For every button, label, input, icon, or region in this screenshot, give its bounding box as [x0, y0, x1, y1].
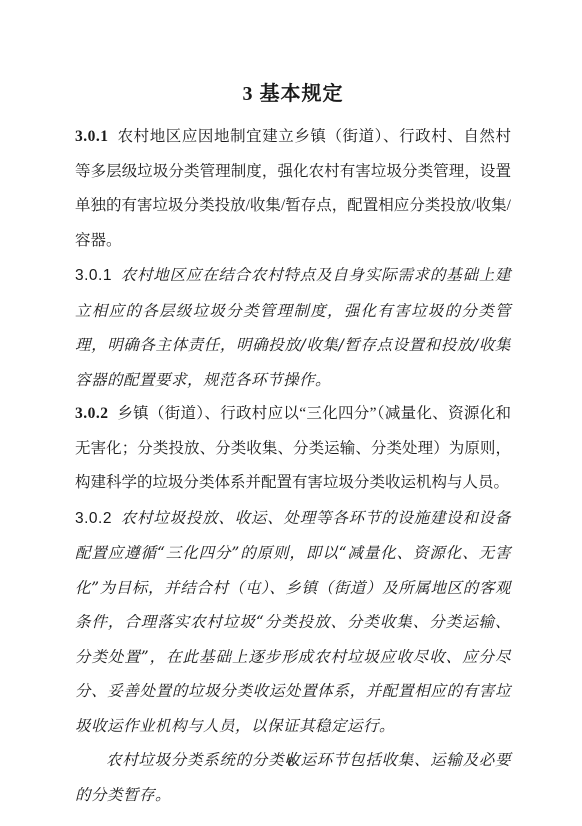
commentary-text: 农村垃圾投放、收运、处理等各环节的设施建设和设备配置应遵循“三化四分”的原则，即… — [75, 509, 511, 735]
commentary-number: 3.0.2 — [75, 510, 112, 527]
page-number: 8 — [0, 755, 582, 771]
commentary-continuation: 农村垃圾分类系统的分类收运环节包括收集、运输及必要的分类暂存。 — [75, 743, 511, 812]
clause-text: 农村地区应因地制宜建立乡镇（街道）、行政村、自然村等多层级垃圾分类管理制度，强化… — [75, 128, 511, 249]
commentary-text: 农村地区应在结合农村特点及自身实际需求的基础上建立相应的各层级垃圾分类管理制度，… — [75, 266, 511, 389]
section-title: 3 基本规定 — [75, 80, 511, 108]
document-page: 3 基本规定 3.0.1农村地区应因地制宜建立乡镇（街道）、行政村、自然村等多层… — [0, 0, 582, 826]
commentary-number: 3.0.1 — [75, 267, 112, 284]
commentary-3-0-2: 3.0.2农村垃圾投放、收运、处理等各环节的设施建设和设备配置应遵循“三化四分”… — [75, 501, 511, 744]
clause-3-0-2: 3.0.2乡镇（街道）、行政村应以“三化四分”（减量化、资源化和无害化；分类投放… — [75, 397, 511, 501]
clause-number: 3.0.2 — [75, 405, 109, 422]
clause-3-0-1: 3.0.1农村地区应因地制宜建立乡镇（街道）、行政村、自然村等多层级垃圾分类管理… — [75, 120, 511, 258]
clause-text: 乡镇（街道）、行政村应以“三化四分”（减量化、资源化和无害化；分类投放、分类收集… — [75, 405, 511, 491]
page-content: 3 基本规定 3.0.1农村地区应因地制宜建立乡镇（街道）、行政村、自然村等多层… — [75, 80, 511, 812]
commentary-3-0-1: 3.0.1农村地区应在结合农村特点及自身实际需求的基础上建立相应的各层级垃圾分类… — [75, 258, 511, 397]
clause-number: 3.0.1 — [75, 128, 109, 145]
